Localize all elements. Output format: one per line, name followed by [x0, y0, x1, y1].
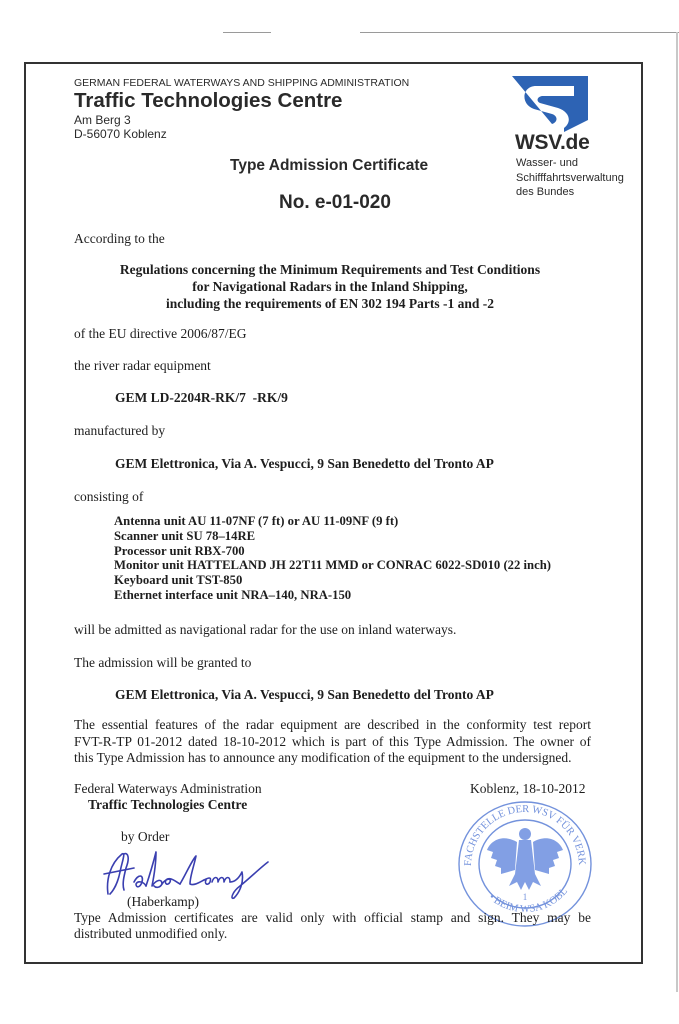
- equipment-intro: the river radar equipment: [74, 358, 211, 374]
- certificate-number: No. e-01-020: [279, 192, 391, 214]
- manufacturer: GEM Elettronica, Via A. Vespucci, 9 San …: [115, 456, 494, 472]
- component-item: Antenna unit AU 11-07NF (7 ft) or AU 11-…: [114, 514, 551, 529]
- component-item: Processor unit RBX-700: [114, 544, 551, 559]
- centre-name: Traffic Technologies Centre: [74, 89, 342, 113]
- certificate-title: Type Admission Certificate: [230, 157, 428, 175]
- component-item: Ethernet interface unit NRA–140, NRA-150: [114, 588, 551, 603]
- scan-page-edge: [676, 32, 678, 992]
- paragraph-line: FVT-R-TP 01-2012 dated 18-10-2012 which …: [74, 734, 591, 751]
- scan-edge-line: [223, 32, 271, 33]
- manufactured-by-label: manufactured by: [74, 423, 165, 439]
- validity-notice: Type Admission certificates are valid on…: [74, 910, 591, 942]
- logo-subtitle: Schifffahrtsverwaltung: [516, 172, 624, 184]
- handwritten-signature-icon: [100, 846, 290, 901]
- component-item: Monitor unit HATTELAND JH 22T11 MMD or C…: [114, 558, 551, 573]
- regulation-line: Regulations concerning the Minimum Requi…: [60, 262, 600, 278]
- official-eagle-seal-icon: FACHSTELLE DER WSV FÜR VERKEHRSTECHNIKEN…: [455, 800, 595, 928]
- admitted-text: will be admitted as navigational radar f…: [74, 622, 456, 638]
- notice-line: Type Admission certificates are valid on…: [74, 910, 591, 926]
- scan-edge-line: [360, 32, 679, 33]
- grantee: GEM Elettronica, Via A. Vespucci, 9 San …: [115, 687, 494, 703]
- by-order-label: by Order: [121, 829, 169, 845]
- address-street: Am Berg 3: [74, 113, 131, 127]
- signing-centre: Traffic Technologies Centre: [88, 797, 247, 813]
- component-list: Antenna unit AU 11-07NF (7 ft) or AU 11-…: [114, 514, 551, 603]
- according-text: According to the: [74, 231, 165, 247]
- consisting-of-label: consisting of: [74, 489, 143, 505]
- address-city: D-56070 Koblenz: [74, 127, 167, 141]
- granted-intro: The admission will be granted to: [74, 655, 251, 671]
- paragraph-line: The essential features of the radar equi…: [74, 717, 591, 734]
- place-date: Koblenz, 18-10-2012: [470, 781, 585, 797]
- component-item: Scanner unit SU 78–14RE: [114, 529, 551, 544]
- agency-name: GERMAN FEDERAL WATERWAYS AND SHIPPING AD…: [74, 77, 409, 89]
- essential-features-paragraph: The essential features of the radar equi…: [74, 717, 591, 767]
- regulation-line: including the requirements of EN 302 194…: [60, 296, 600, 312]
- signing-organization: Federal Waterways Administration: [74, 781, 262, 797]
- directive-text: of the EU directive 2006/87/EG: [74, 326, 246, 342]
- notice-line: distributed unmodified only.: [74, 926, 591, 942]
- equipment-model: GEM LD-2204R-RK/7 -RK/9: [115, 390, 288, 406]
- svg-text:1: 1: [523, 892, 528, 902]
- component-item: Keyboard unit TST-850: [114, 573, 551, 588]
- wsv-river-logo-icon: [512, 76, 588, 132]
- logo-subtitle: des Bundes: [516, 186, 574, 198]
- logo-wordmark: WSV.de: [515, 131, 589, 155]
- signatory-name: (Haberkamp): [127, 894, 199, 910]
- logo-subtitle: Wasser- und: [516, 157, 578, 169]
- paragraph-line: this Type Admission has to announce any …: [74, 750, 591, 767]
- regulation-line: for Navigational Radars in the Inland Sh…: [60, 279, 600, 295]
